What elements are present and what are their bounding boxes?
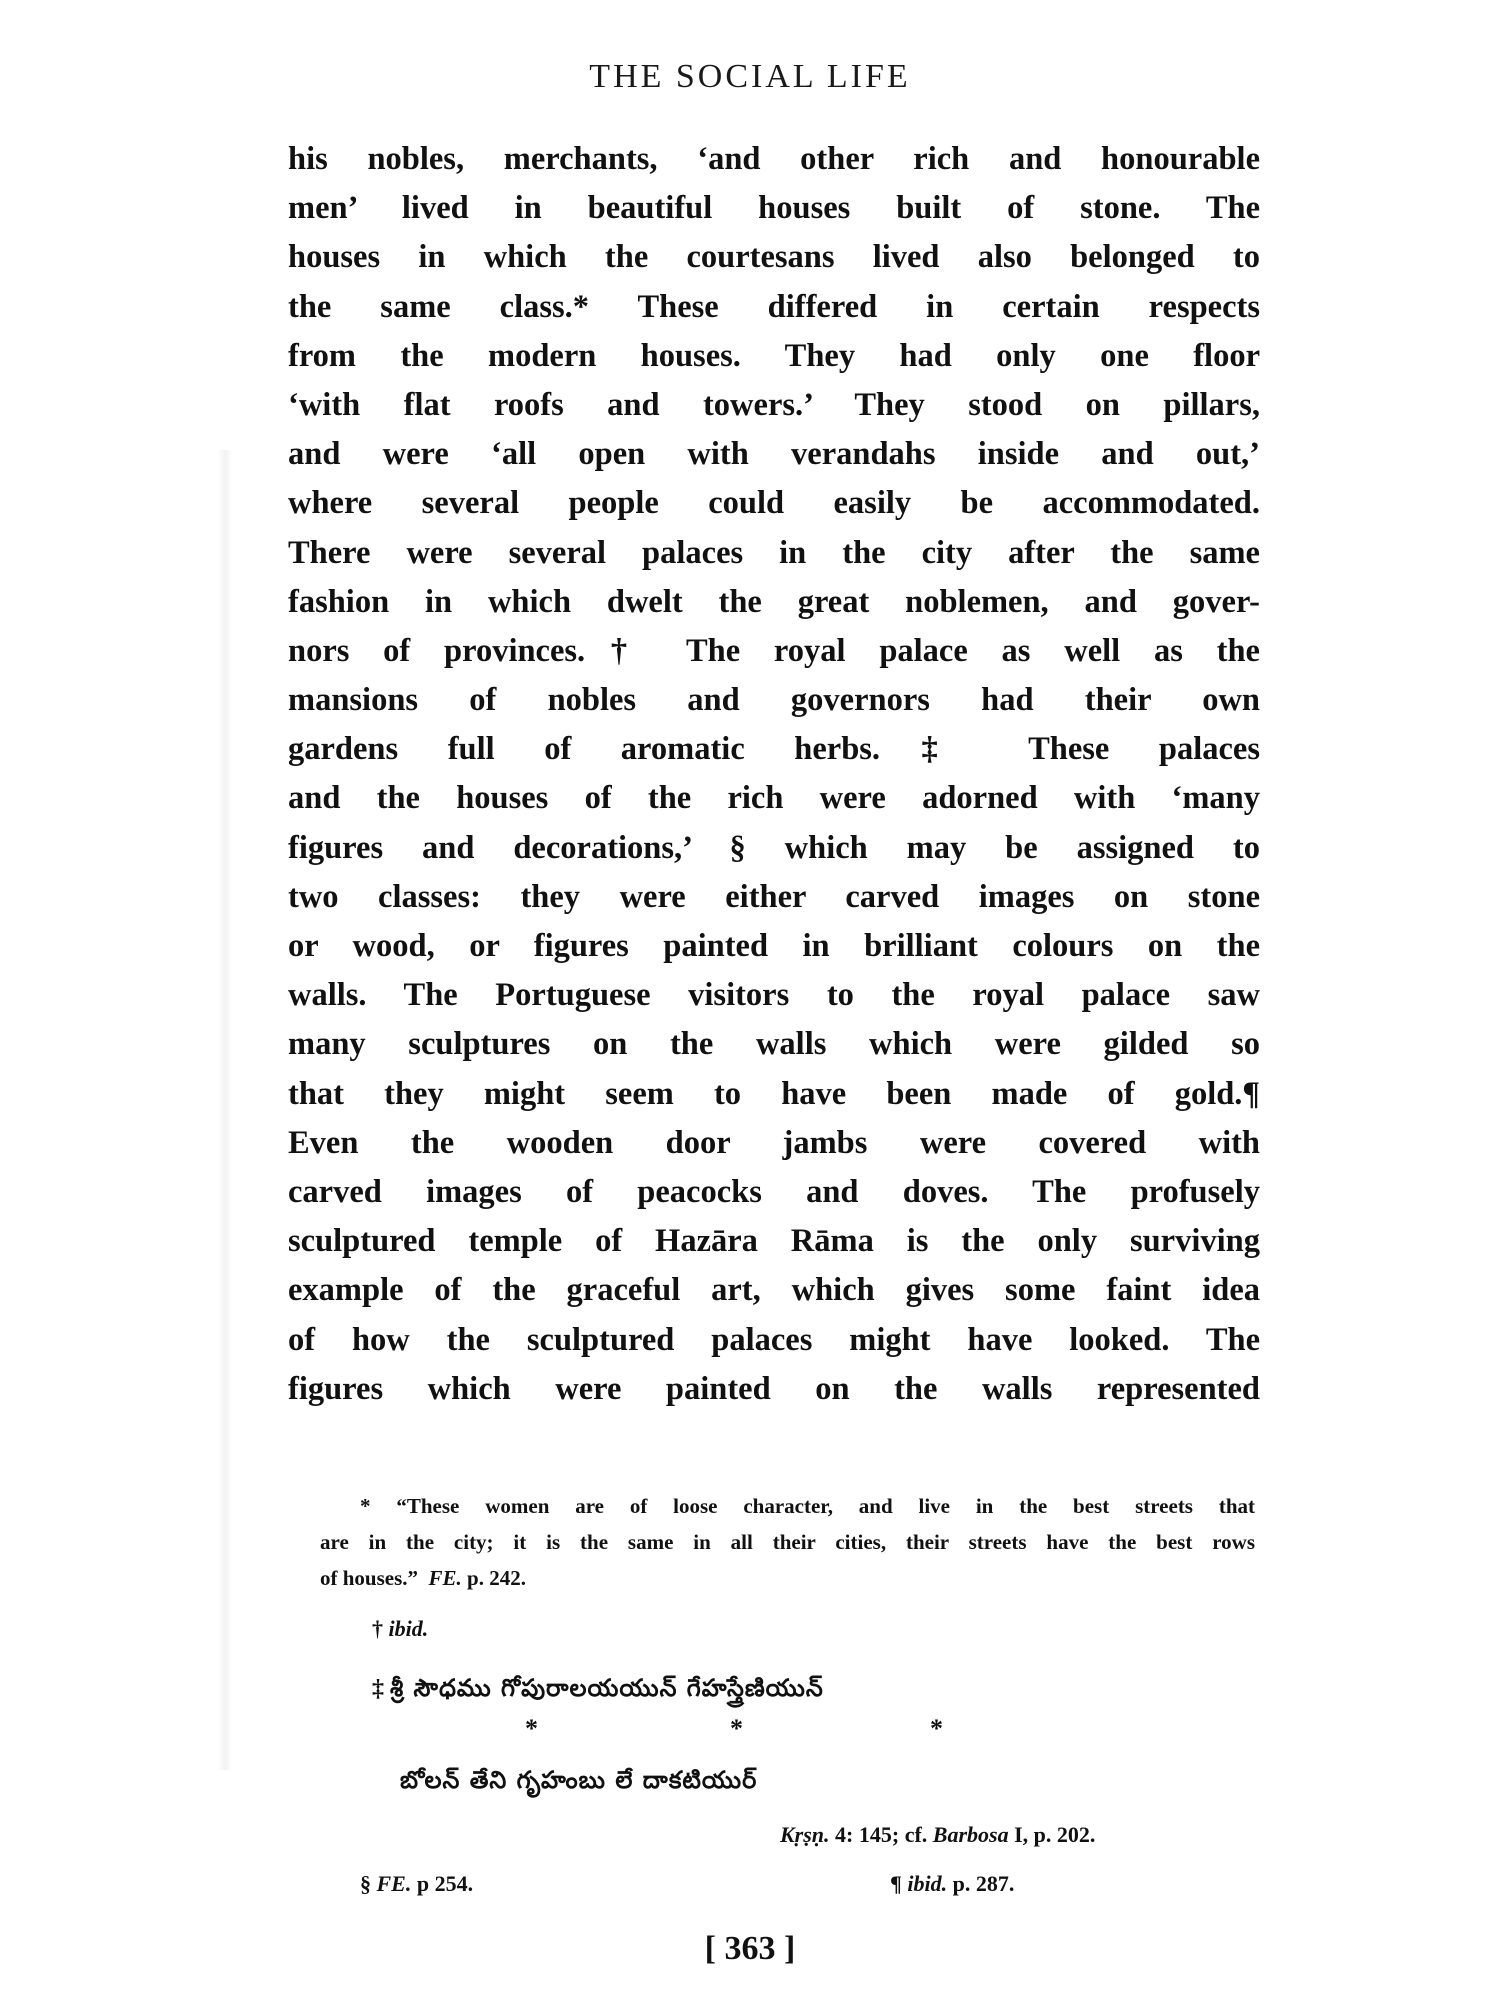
ellipsis-star: * — [525, 1714, 538, 1744]
book-page: THE SOCIAL LIFE his nobles, merchants, ‘… — [0, 0, 1500, 2000]
body-line: fashion in which dwelt the great nobleme… — [288, 578, 1260, 627]
footnote-marker-dagger: † — [372, 1616, 383, 1641]
body-line: example of the graceful art, which gives… — [288, 1266, 1260, 1315]
footnote-asterisk-line-2: are in the city; it is the same in all t… — [320, 1524, 1255, 1560]
body-line: sculptured temple of Hazāra Rāma is the … — [288, 1217, 1260, 1266]
body-line: where several people could easily be acc… — [288, 479, 1260, 528]
ellipsis-stars: * * * — [360, 1714, 1255, 1744]
body-line: houses in which the courtesans lived als… — [288, 233, 1260, 282]
footnote-marker-double-dagger: ‡ — [372, 1676, 384, 1702]
body-line: of how the sculptured palaces might have… — [288, 1316, 1260, 1365]
ellipsis-star: * — [930, 1714, 943, 1744]
footnote-pilcrow: ¶ ibid. p. 287. — [890, 1871, 1014, 1897]
body-line: ‘with flat roofs and towers.’ They stood… — [288, 381, 1260, 430]
body-line: There were several palaces in the city a… — [288, 529, 1260, 578]
body-line: and the houses of the rich were adorned … — [288, 774, 1260, 823]
footnote-marker-pilcrow: ¶ — [890, 1871, 902, 1896]
footnote-asterisk: * “These women are of loose character, a… — [360, 1488, 1255, 1596]
footnote-double-dagger: ‡ శ్రీ సౌధము గోపురాలయయున్ గేహస్త్రేణియున… — [372, 1674, 824, 1708]
body-line: the same class.* These differed in certa… — [288, 283, 1260, 332]
body-line: figures and decorations,’ § which may be… — [288, 824, 1260, 873]
page-number: [ 363 ] — [0, 1930, 1500, 1968]
body-line: his nobles, merchants, ‘and other rich a… — [288, 135, 1260, 184]
scan-gutter-shadow — [218, 450, 232, 1770]
telugu-verse-line-2: బోలన్ తేని గృహంబు లే దాకటియుర్ — [400, 1766, 757, 1800]
body-line: or wood, or figures painted in brilliant… — [288, 922, 1260, 971]
footnote-section: § FE. p 254. — [360, 1871, 473, 1897]
footnote-marker-asterisk: * — [360, 1494, 371, 1518]
body-line: figures which were painted on the walls … — [288, 1365, 1260, 1414]
footnote-marker-section: § — [360, 1871, 371, 1896]
body-line: gardens full of aromatic herbs.‡ These p… — [288, 725, 1260, 774]
ellipsis-star: * — [730, 1714, 743, 1744]
running-head: THE SOCIAL LIFE — [0, 58, 1500, 96]
body-line: and were ‘all open with verandahs inside… — [288, 430, 1260, 479]
body-line: carved images of peacocks and doves. The… — [288, 1168, 1260, 1217]
body-line: two classes: they were either carved ima… — [288, 873, 1260, 922]
body-line: from the modern houses. They had only on… — [288, 332, 1260, 381]
body-line: many sculptures on the walls which were … — [288, 1020, 1260, 1069]
body-line: Even the wooden door jambs were covered … — [288, 1119, 1260, 1168]
body-line: men’ lived in beautiful houses built of … — [288, 184, 1260, 233]
telugu-verse-line-1: శ్రీ సౌధము గోపురాలయయున్ గేహస్త్రేణియున్ — [390, 1674, 824, 1702]
footnote-asterisk-line-1: * “These women are of loose character, a… — [360, 1488, 1255, 1524]
footnote-asterisk-line-3: of houses.” FE. p. 242. — [320, 1560, 1255, 1596]
source-abbrev: FE. — [429, 1566, 462, 1590]
footnotes: * “These women are of loose character, a… — [360, 1488, 1255, 1596]
body-line: walls. The Portuguese visitors to the ro… — [288, 971, 1260, 1020]
body-line: nors of provinces.† The royal palace as … — [288, 627, 1260, 676]
body-line: mansions of nobles and governors had the… — [288, 676, 1260, 725]
body-line: that they might seem to have been made o… — [288, 1070, 1260, 1119]
footnote-double-dagger-citation: Kṛṣṇ. 4: 145; cf. Barbosa I, p. 202. — [780, 1822, 1095, 1848]
source-barbosa: Barbosa — [933, 1822, 1009, 1847]
footnote-dagger: † ibid. — [372, 1616, 428, 1642]
body-text: his nobles, merchants, ‘and other rich a… — [288, 135, 1260, 1414]
